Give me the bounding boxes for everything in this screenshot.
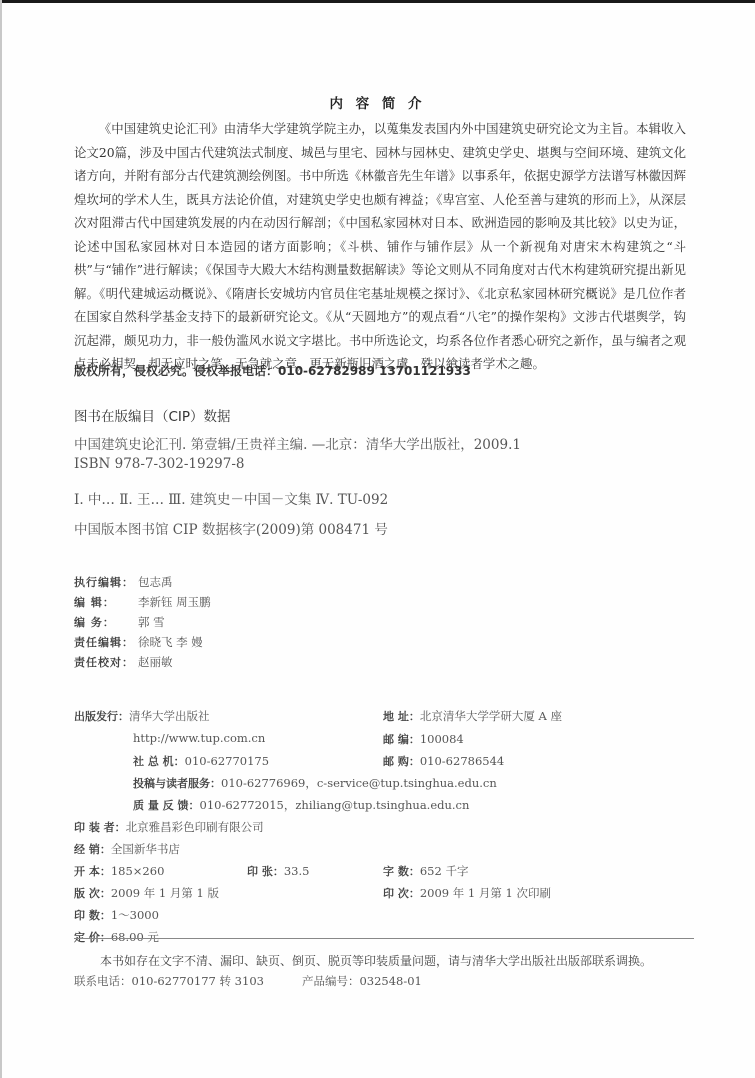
- sheets-row: 印 张：33.5: [247, 863, 309, 879]
- footer-contact: 联系电话：010-62770177 转 3103产品编号：032548-01: [74, 973, 422, 989]
- word-count-row: 字 数：652 千字: [383, 863, 468, 879]
- scan-left-edge: [0, 0, 2, 1078]
- publisher-row: 出版发行：清华大学出版社: [74, 708, 210, 724]
- cip-heading: 图书在版编目（CIP）数据: [74, 405, 231, 425]
- cip-isbn-line: ISBN 978-7-302-19297-8: [74, 456, 245, 472]
- staff-row: 编 务：郭 雪: [74, 614, 165, 630]
- publisher-url: http://www.tup.com.cn: [133, 731, 265, 745]
- edition-row: 版 次：2009 年 1 月第 1 版: [74, 885, 219, 901]
- staff-row: 编 辑：李新钰 周玉鹏: [74, 594, 211, 610]
- staff-row: 执行编辑：包志禹: [74, 574, 173, 590]
- format-row: 开 本：185×260: [74, 863, 164, 879]
- staff-row: 责任编辑：徐晓飞 李 嫚: [74, 634, 203, 650]
- printer-row: 印 装 者：北京雅昌彩色印刷有限公司: [74, 819, 264, 835]
- price-row: 定 价：68.00 元: [74, 929, 159, 945]
- mail-order-row: 邮 购：010-62786544: [383, 753, 504, 769]
- staff-row: 责任校对：赵丽敏: [74, 654, 173, 670]
- cip-classification-line: Ⅰ. 中… Ⅱ. 王… Ⅲ. 建筑史－中国－文集 Ⅳ. TU-092: [74, 488, 388, 508]
- summary-title: 内 容 简 介: [0, 92, 755, 112]
- address-row: 地 址：北京清华大学学研大厦 A 座: [383, 708, 562, 724]
- copyright-notice: 版权所有，侵权必究。侵权举报电话：010-62782989 1370112193…: [74, 362, 471, 379]
- cip-record-line: 中国版本图书馆 CIP 数据核字(2009)第 008471 号: [74, 518, 388, 538]
- cip-title-line: 中国建筑史论汇刊. 第壹辑/王贵祥主编. —北京：清华大学出版社，2009.1: [74, 433, 521, 453]
- distributor-row: 经 销：全国新华书店: [74, 841, 180, 857]
- summary-paragraph: 《中国建筑史论汇刊》由清华大学建筑学院主办，以蒐集发表国内外中国建筑史研究论文为…: [74, 117, 686, 376]
- quality-feedback-row: 质 量 反 馈：010-62772015，zhiliang@tup.tsingh…: [133, 797, 469, 813]
- impression-row: 印 次：2009 年 1 月第 1 次印刷: [383, 885, 551, 901]
- switchboard-row: 社 总 机：010-62770175: [133, 753, 269, 769]
- print-run-row: 印 数：1～3000: [74, 907, 159, 923]
- footer-divider: [74, 938, 694, 939]
- reader-service-row: 投稿与读者服务：010-62776969，c-service@tup.tsing…: [133, 775, 497, 791]
- quality-notice: 本书如存在文字不清、漏印、缺页、倒页、脱页等印装质量问题，请与清华大学出版社出版…: [100, 952, 652, 969]
- postcode-row: 邮 编：100084: [383, 731, 464, 747]
- scan-top-edge: [0, 0, 755, 3]
